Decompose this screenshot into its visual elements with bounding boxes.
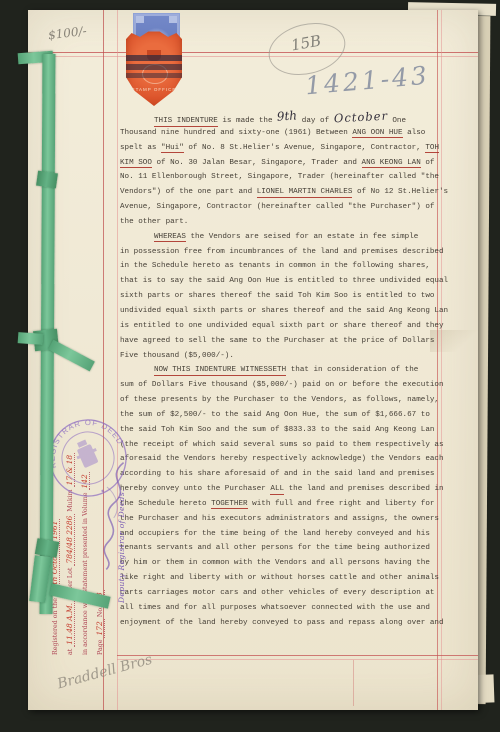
ribbon-left-stub bbox=[18, 332, 44, 345]
document-line: enjoyment of the land hereby conveyed to… bbox=[120, 616, 456, 631]
document-line: like right and liberty with or without h… bbox=[120, 571, 456, 586]
stamp-printed-text: Page bbox=[97, 640, 104, 655]
document-line: sixth parts or shares thereof the said T… bbox=[120, 289, 456, 304]
document-line: WHEREAS the Vendors are seised for an es… bbox=[120, 230, 456, 245]
document-line: spelt as "Hui" of No. 8 St.Helier's Aven… bbox=[120, 141, 456, 156]
left-margin-line-2 bbox=[117, 10, 118, 710]
document-line: Thousand nine hundred and sixty-one (196… bbox=[120, 126, 456, 141]
document-line: in possession free from incumbrances of … bbox=[120, 245, 456, 260]
document-line: NOW THIS INDENTURE WITNESSETH that in co… bbox=[120, 363, 456, 378]
deputy-registrar-label: Deputy Registrar of Deeds. bbox=[117, 493, 129, 603]
document-line: have agreed to sell the same to the Purc… bbox=[120, 334, 456, 349]
document-line: in the Schedule hereto as tenants in com… bbox=[120, 259, 456, 274]
stamp-handwritten-text: 172 bbox=[95, 619, 105, 637]
document-line: of these presents by the Purchaser to th… bbox=[120, 393, 456, 408]
document-line: hereby convey unto the Purchaser ALL the… bbox=[120, 482, 456, 497]
document-line: KIM SOO of No. 30 Jalan Besar, Singapore… bbox=[120, 156, 456, 171]
document-line: (the receipt of which said several sums … bbox=[120, 438, 456, 453]
stamp-printed-text: in accordance with statement presented i… bbox=[82, 493, 89, 656]
document-line: carts carriages motor cars and other veh… bbox=[120, 586, 456, 601]
document-line: the Purchaser and his executors administ… bbox=[120, 512, 456, 527]
document-line: all times and for all purposes whatsoeve… bbox=[120, 601, 456, 616]
document-line: Avenue, Singapore, Contractor (hereinaft… bbox=[120, 200, 456, 215]
cancellation-bar bbox=[126, 64, 182, 70]
bottom-rule-line-2 bbox=[117, 659, 478, 660]
stamp-handwritten-text: 784/48 2286 bbox=[65, 514, 75, 566]
document-line: that is to say the said Ang Oon Hue is e… bbox=[120, 274, 456, 289]
seal-crest bbox=[72, 437, 102, 469]
document-line: by him or them in common with the Vendor… bbox=[120, 556, 456, 571]
handwritten-month: October bbox=[333, 109, 388, 127]
document-line: is entitled to one undivided equal sixth… bbox=[120, 319, 456, 334]
document-line: undivided equal sixth parts or shares th… bbox=[120, 304, 456, 319]
document-line: the Schedule hereto TOGETHER with full a… bbox=[120, 497, 456, 512]
document-line: Five thousand ($5,000/-). bbox=[120, 349, 456, 364]
cancellation-bar bbox=[126, 73, 182, 78]
stamp-handwritten-text: 11.48 A.M. bbox=[65, 601, 75, 647]
document-line: sum of Dollars Five thousand ($5,000/-) … bbox=[120, 378, 456, 393]
document-line: according to his share aforesaid of and … bbox=[120, 467, 456, 482]
document-line: aforesaid the Vendors hereby respectivel… bbox=[120, 452, 456, 467]
document-line: No. 11 Ellenborough Street, Singapore, T… bbox=[120, 170, 456, 185]
ribbon-knot bbox=[36, 171, 58, 189]
scanned-deed-page: { "palette":{ "background":"#20231d","pa… bbox=[0, 0, 500, 732]
bottom-rule-line bbox=[117, 655, 478, 656]
document-line: the said Toh Kim Soo and the sum of $833… bbox=[120, 423, 456, 438]
document-line: the other part. bbox=[120, 215, 456, 230]
stamp-printed-text: at bbox=[67, 649, 74, 655]
fold-line bbox=[353, 660, 354, 706]
cancellation-bar bbox=[126, 55, 182, 61]
document-line: and occupiers for the time being of the … bbox=[120, 527, 456, 542]
document-line: Vendors") of the one part and LIONEL MAR… bbox=[120, 185, 456, 200]
stamp-printed-text: Registered on the bbox=[52, 598, 59, 655]
typed-deed-text: THIS INDENTURE is made the 9th day of Oc… bbox=[120, 111, 456, 631]
handwritten-day: 9th bbox=[276, 108, 297, 124]
document-line: THIS INDENTURE is made the 9th day of Oc… bbox=[120, 111, 456, 126]
document-line: the sum of $2,500/- to the said Ang Oon … bbox=[120, 408, 456, 423]
top-rule-line bbox=[28, 52, 478, 53]
top-rule-line-2 bbox=[28, 56, 478, 57]
document-line: tenants servants and all other persons f… bbox=[120, 541, 456, 556]
